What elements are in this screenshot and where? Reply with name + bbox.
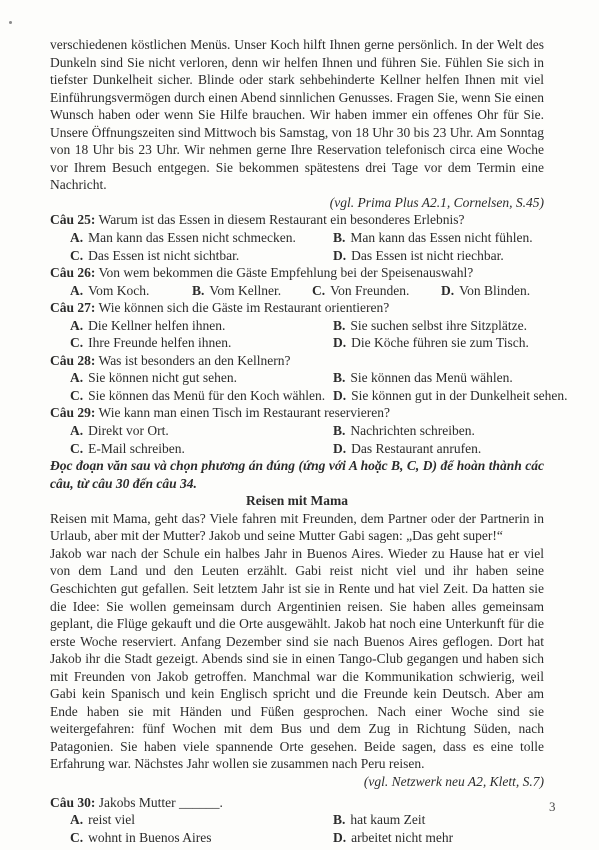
passage-travel-title: Reisen mit Mama [50,492,544,510]
question-25-option-c: C.Das Essen ist nicht sichtbar. [70,247,333,265]
question-28-option-b: B.Sie können das Menü wählen. [333,369,567,387]
question-26-option-b: B.Vom Kellner. [192,282,312,300]
exam-page: verschiedenen köstlichen Menüs. Unser Ko… [0,0,599,850]
question-28-option-a: A.Sie können nicht gut sehen. [70,369,333,387]
question-27-option-b: B.Sie suchen selbst ihre Sitzplätze. [333,317,544,335]
question-27-option-a: A.Die Kellner helfen ihnen. [70,317,333,335]
question-26: Câu 26: Von wem bekommen die Gäste Empfe… [50,264,544,299]
scan-speck [9,21,12,24]
question-29: Câu 29: Wie kann man einen Tisch im Rest… [50,404,544,457]
question-26-text: Von wem bekommen die Gäste Empfehlung be… [99,265,474,280]
question-29-text: Wie kann man einen Tisch im Restaurant r… [99,405,391,420]
question-27-options: A.Die Kellner helfen ihnen. B.Sie suchen… [50,317,544,352]
question-29-label: Câu 29: [50,405,95,420]
question-27-line: Câu 27: Wie können sich die Gäste im Res… [50,299,544,317]
question-25-line: Câu 25: Warum ist das Essen in diesem Re… [50,211,544,229]
question-29-option-c: C.E-Mail schreiben. [70,440,333,458]
question-25-text: Warum ist das Essen in diesem Restaurant… [99,212,465,227]
question-30-text: Jakobs Mutter ______. [99,795,223,810]
question-28-option-c: C.Sie können das Menü für den Koch wähle… [70,387,333,405]
question-28: Câu 28: Was ist besonders an den Kellner… [50,352,544,405]
question-29-options: A.Direkt vor Ort. B.Nachrichten schreibe… [50,422,544,457]
question-27-label: Câu 27: [50,300,95,315]
page-content: verschiedenen köstlichen Menüs. Unser Ko… [50,36,544,846]
reading-instruction: Đọc đoạn văn sau và chọn phương án đúng … [50,457,544,492]
question-30-options: A.reist viel B.hat kaum Zeit C.wohnt in … [50,811,544,846]
question-27-text: Wie können sich die Gäste im Restaurant … [99,300,390,315]
question-28-label: Câu 28: [50,353,95,368]
question-30-option-d: D.arbeitet nicht mehr [333,829,544,847]
question-26-option-d: D.Von Blinden. [441,282,544,300]
question-29-option-b: B.Nachrichten schreiben. [333,422,544,440]
question-30: Câu 30: Jakobs Mutter ______. A.reist vi… [50,794,544,847]
question-28-line: Câu 28: Was ist besonders an den Kellner… [50,352,544,370]
passage-travel-para1: Reisen mit Mama, geht das? Viele fahren … [50,510,544,545]
question-26-label: Câu 26: [50,265,95,280]
question-30-line: Câu 30: Jakobs Mutter ______. [50,794,544,812]
question-28-option-d: D.Sie können gut in der Dunkelheit sehen… [333,387,567,405]
question-30-label: Câu 30: [50,795,95,810]
question-26-option-c: C.Von Freunden. [312,282,441,300]
question-26-options: A.Vom Koch. B.Vom Kellner. C.Von Freunde… [50,282,544,300]
question-30-option-a: A.reist viel [70,811,333,829]
question-27-option-d: D.Die Köche führen sie zum Tisch. [333,334,544,352]
question-25: Câu 25: Warum ist das Essen in diesem Re… [50,211,544,264]
question-25-option-b: B.Man kann das Essen nicht fühlen. [333,229,544,247]
question-25-option-d: D.Das Essen ist nicht riechbar. [333,247,544,265]
page-number: 3 [549,799,556,815]
question-30-option-c: C.wohnt in Buenos Aires [70,829,333,847]
question-29-option-d: D.Das Restaurant anrufen. [333,440,544,458]
question-30-option-b: B.hat kaum Zeit [333,811,544,829]
question-25-options: A.Man kann das Essen nicht schmecken. B.… [50,229,544,264]
passage-restaurant-source: (vgl. Prima Plus A2.1, Cornelsen, S.45) [50,194,544,212]
question-29-option-a: A.Direkt vor Ort. [70,422,333,440]
question-27-option-c: C.Ihre Freunde helfen ihnen. [70,334,333,352]
question-25-option-a: A.Man kann das Essen nicht schmecken. [70,229,333,247]
question-28-text: Was ist besonders an den Kellnern? [99,353,291,368]
question-26-option-a: A.Vom Koch. [70,282,192,300]
question-25-label: Câu 25: [50,212,95,227]
question-29-line: Câu 29: Wie kann man einen Tisch im Rest… [50,404,544,422]
question-26-line: Câu 26: Von wem bekommen die Gäste Empfe… [50,264,544,282]
question-27: Câu 27: Wie können sich die Gäste im Res… [50,299,544,352]
passage-restaurant: verschiedenen köstlichen Menüs. Unser Ko… [50,36,544,194]
passage-travel-source: (vgl. Netzwerk neu A2, Klett, S.7) [50,773,544,791]
passage-travel-para2: Jakob war nach der Schule ein halbes Jah… [50,545,544,773]
question-28-options: A.Sie können nicht gut sehen. B.Sie könn… [50,369,544,404]
